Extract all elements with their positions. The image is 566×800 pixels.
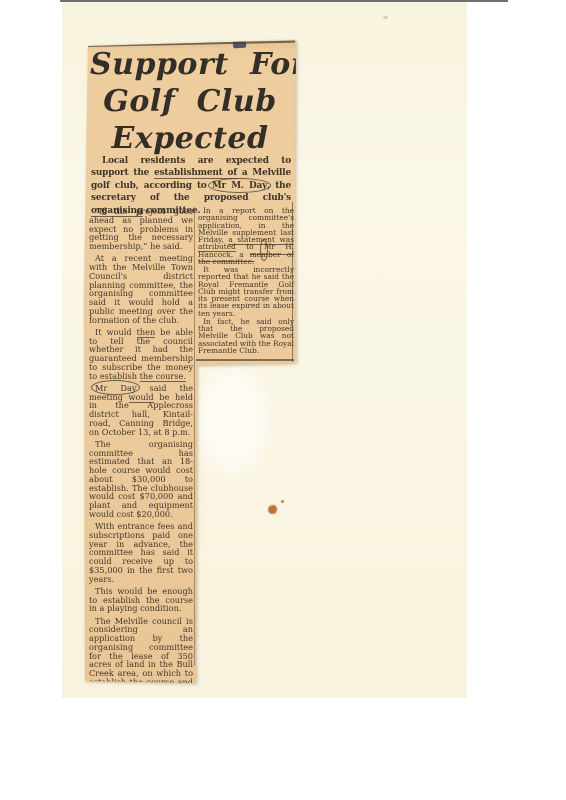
- pen-circle-annotation: Mr M. Day: [212, 181, 267, 191]
- article-paragraph: The Melville council is considering an a…: [89, 617, 193, 696]
- article-paragraph: “If the project goes ahead as planned we…: [89, 207, 193, 251]
- headline-line-2: Golf Club: [90, 83, 290, 120]
- article-column-left: “If the project goes ahead as planned we…: [89, 207, 193, 699]
- article-column-right: In a report on the organising committee'…: [198, 207, 294, 355]
- article-paragraph: Mr Day said the meeting would be held in…: [89, 384, 193, 437]
- article-paragraph: At a recent meeting with the Melville To…: [89, 254, 193, 324]
- pen-underline-annotation: the course.: [140, 371, 186, 382]
- article-paragraph: This would be enough to establish the co…: [89, 587, 193, 613]
- paper-fleck: [383, 16, 388, 19]
- article-paragraph: In a report on the organising committee'…: [198, 207, 294, 265]
- pen-underline-annotation: would: [129, 392, 154, 403]
- headline-line-3: Expected: [90, 120, 290, 157]
- scanned-newspaper-clipping-page: { "colors": { "page": "#fbf7e7", "clippi…: [0, 0, 566, 800]
- newspaper-clipping-paper: Support For Golf Club Expected Local res…: [84, 38, 296, 684]
- article-paragraph: With entrance fees and subscriptions pai…: [89, 522, 193, 583]
- article-paragraph: It would then be able to tell the counci…: [89, 328, 193, 381]
- column-divider-rule: [194, 207, 195, 666]
- article-paragraph: It was incorrectly reported that he said…: [198, 266, 294, 317]
- pen-underline-annotation: establishment of: [154, 168, 237, 179]
- newspaper-clipping: Support For Golf Club Expected Local res…: [84, 38, 296, 684]
- article-headline: Support For Golf Club Expected: [90, 46, 290, 157]
- right-column-bottom-rule: [196, 359, 294, 361]
- headline-line-1: Support For: [90, 46, 290, 83]
- article-paragraph: In fact, he said only that the proposed …: [198, 318, 294, 354]
- article-paragraph: The organising committee has estimated t…: [89, 440, 193, 519]
- pen-underline-annotation: then: [137, 327, 156, 338]
